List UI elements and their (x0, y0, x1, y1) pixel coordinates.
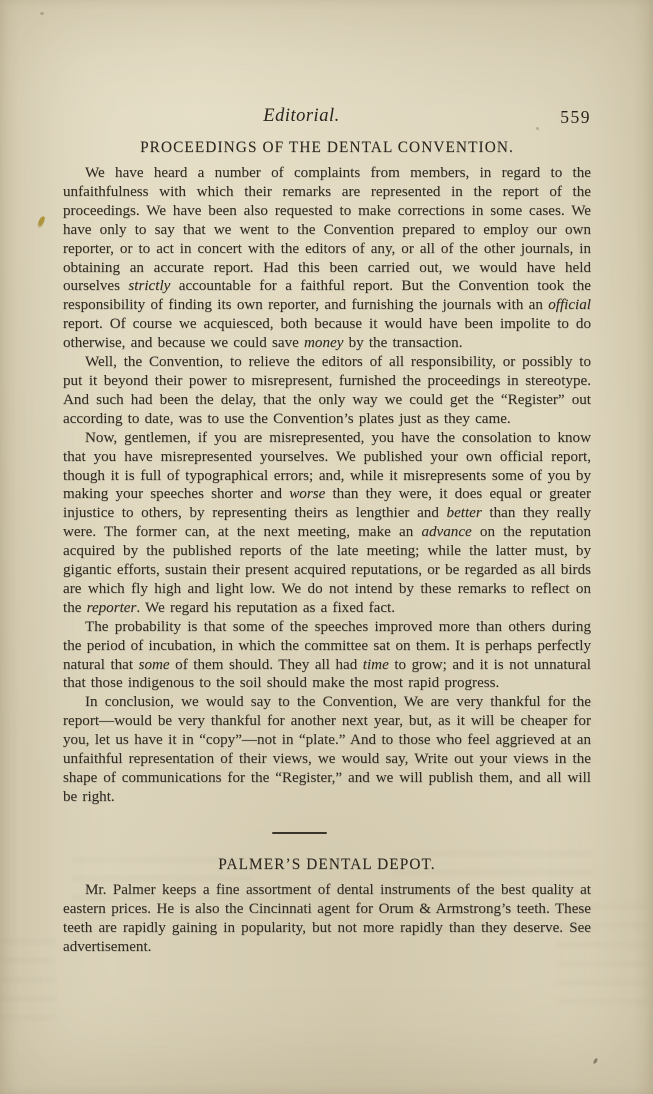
bleedthrough-artifact (0, 940, 56, 1032)
scanned-journal-page: Editorial. 559 PROCEEDINGS OF THE DENTAL… (0, 0, 653, 1094)
paragraph-2: Well, the Convention, to relieve the edi… (63, 353, 591, 429)
paragraph-palmer: Mr. Palmer keeps a fine assortment of de… (63, 881, 591, 957)
page-number: 559 (560, 107, 591, 128)
ink-speck (536, 127, 539, 130)
section-divider-rule (272, 832, 327, 834)
section-heading-proceedings: PROCEEDINGS OF THE DENTAL CONVENTION. (63, 137, 591, 158)
running-header: Editorial. 559 (0, 106, 653, 132)
article-body: PROCEEDINGS OF THE DENTAL CONVENTION. We… (63, 137, 591, 956)
running-header-title: Editorial. (0, 106, 603, 127)
ink-speck (593, 1058, 598, 1065)
section-heading-palmer: PALMER’S DENTAL DEPOT. (63, 854, 591, 875)
ink-speck (37, 215, 45, 226)
paragraph-1: We have heard a number of complaints fro… (63, 164, 591, 353)
paragraph-4: The probability is that some of the spee… (63, 618, 591, 694)
paragraph-5: In conclusion, we would say to the Conve… (63, 693, 591, 806)
ink-speck (40, 12, 44, 15)
paragraph-3: Now, gentlemen, if you are misrepresente… (63, 429, 591, 618)
